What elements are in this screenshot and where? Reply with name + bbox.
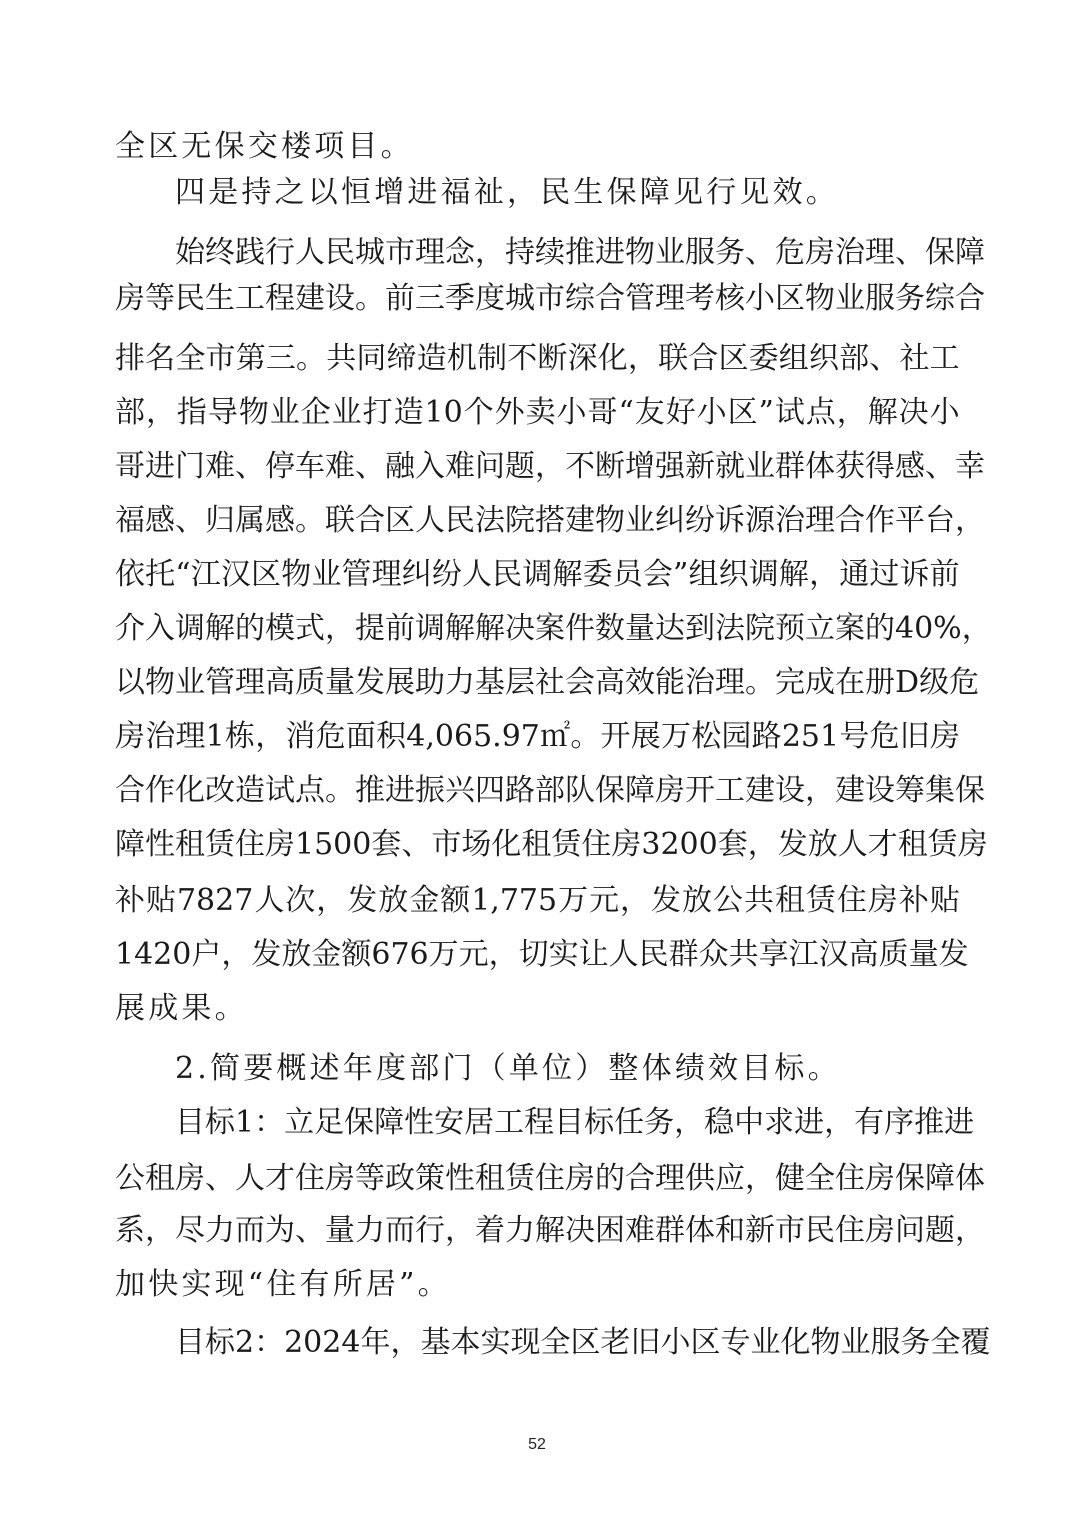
document-page: 全区无保交楼项目。 四是持之以恒增进福祉，民生保障见行见效。 始终践行人民城市理… <box>0 0 1074 1520</box>
page-number: 52 <box>0 1436 1074 1454</box>
text-line: 以物业管理高质量发展助力基层社会高效能治理。完成在册D级危 <box>115 660 960 706</box>
text-line: 介入调解的模式，提前调解解决案件数量达到法院预立案的40%， <box>115 606 960 652</box>
text-line: 依托“江汉区物业管理纠纷人民调解委员会”组织调解，通过诉前 <box>115 552 960 598</box>
text-line: 房等民生工程建设。前三季度城市综合管理考核小区物业服务综合 <box>115 276 960 322</box>
text-line: 加快实现“住有所居”。 <box>115 1262 960 1308</box>
text-line: 福感、归属感。联合区人民法院搭建物业纠纷诉源治理合作平台， <box>115 498 960 544</box>
section-heading: 2.简要概述年度部门（单位）整体绩效目标。 <box>175 1046 960 1092</box>
text-line: 目标2：2024年，基本实现全区老旧小区专业化物业服务全覆 <box>175 1320 960 1366</box>
text-line: 排名全市第三。共同缔造机制不断深化，联合区委组织部、社工 <box>115 336 960 382</box>
text-line: 公租房、人才住房等政策性租赁住房的合理供应，健全住房保障体 <box>115 1156 960 1202</box>
text-line: 补贴7827人次，发放金额1,775万元，发放公共租赁住房补贴 <box>115 878 960 924</box>
text-line: 1420户，发放金额676万元，切实让人民群众共享江汉高质量发 <box>115 932 960 978</box>
text-line: 合作化改造试点。推进振兴四路部队保障房开工建设，建设筹集保 <box>115 768 960 814</box>
text-line: 房治理1栋，消危面积4,065.97㎡。开展万松园路251号危旧房 <box>115 714 960 760</box>
text-line: 哥进门难、停车难、融入难问题，不断增强新就业群体获得感、幸 <box>115 444 960 490</box>
text-line: 目标1：立足保障性安居工程目标任务，稳中求进，有序推进 <box>175 1100 960 1146</box>
text-line: 展成果。 <box>115 986 960 1032</box>
text-line: 全区无保交楼项目。 <box>115 124 960 170</box>
text-line: 系，尽力而为、量力而行，着力解决困难群体和新市民住房问题， <box>115 1208 960 1254</box>
text-line: 四是持之以恒增进福祉，民生保障见行见效。 <box>175 170 960 216</box>
text-line: 始终践行人民城市理念，持续推进物业服务、危房治理、保障 <box>175 230 960 276</box>
text-line: 障性租赁住房1500套、市场化租赁住房3200套，发放人才租赁房 <box>115 822 960 868</box>
text-line: 部，指导物业企业打造10个外卖小哥“友好小区”试点，解决小 <box>115 390 960 436</box>
